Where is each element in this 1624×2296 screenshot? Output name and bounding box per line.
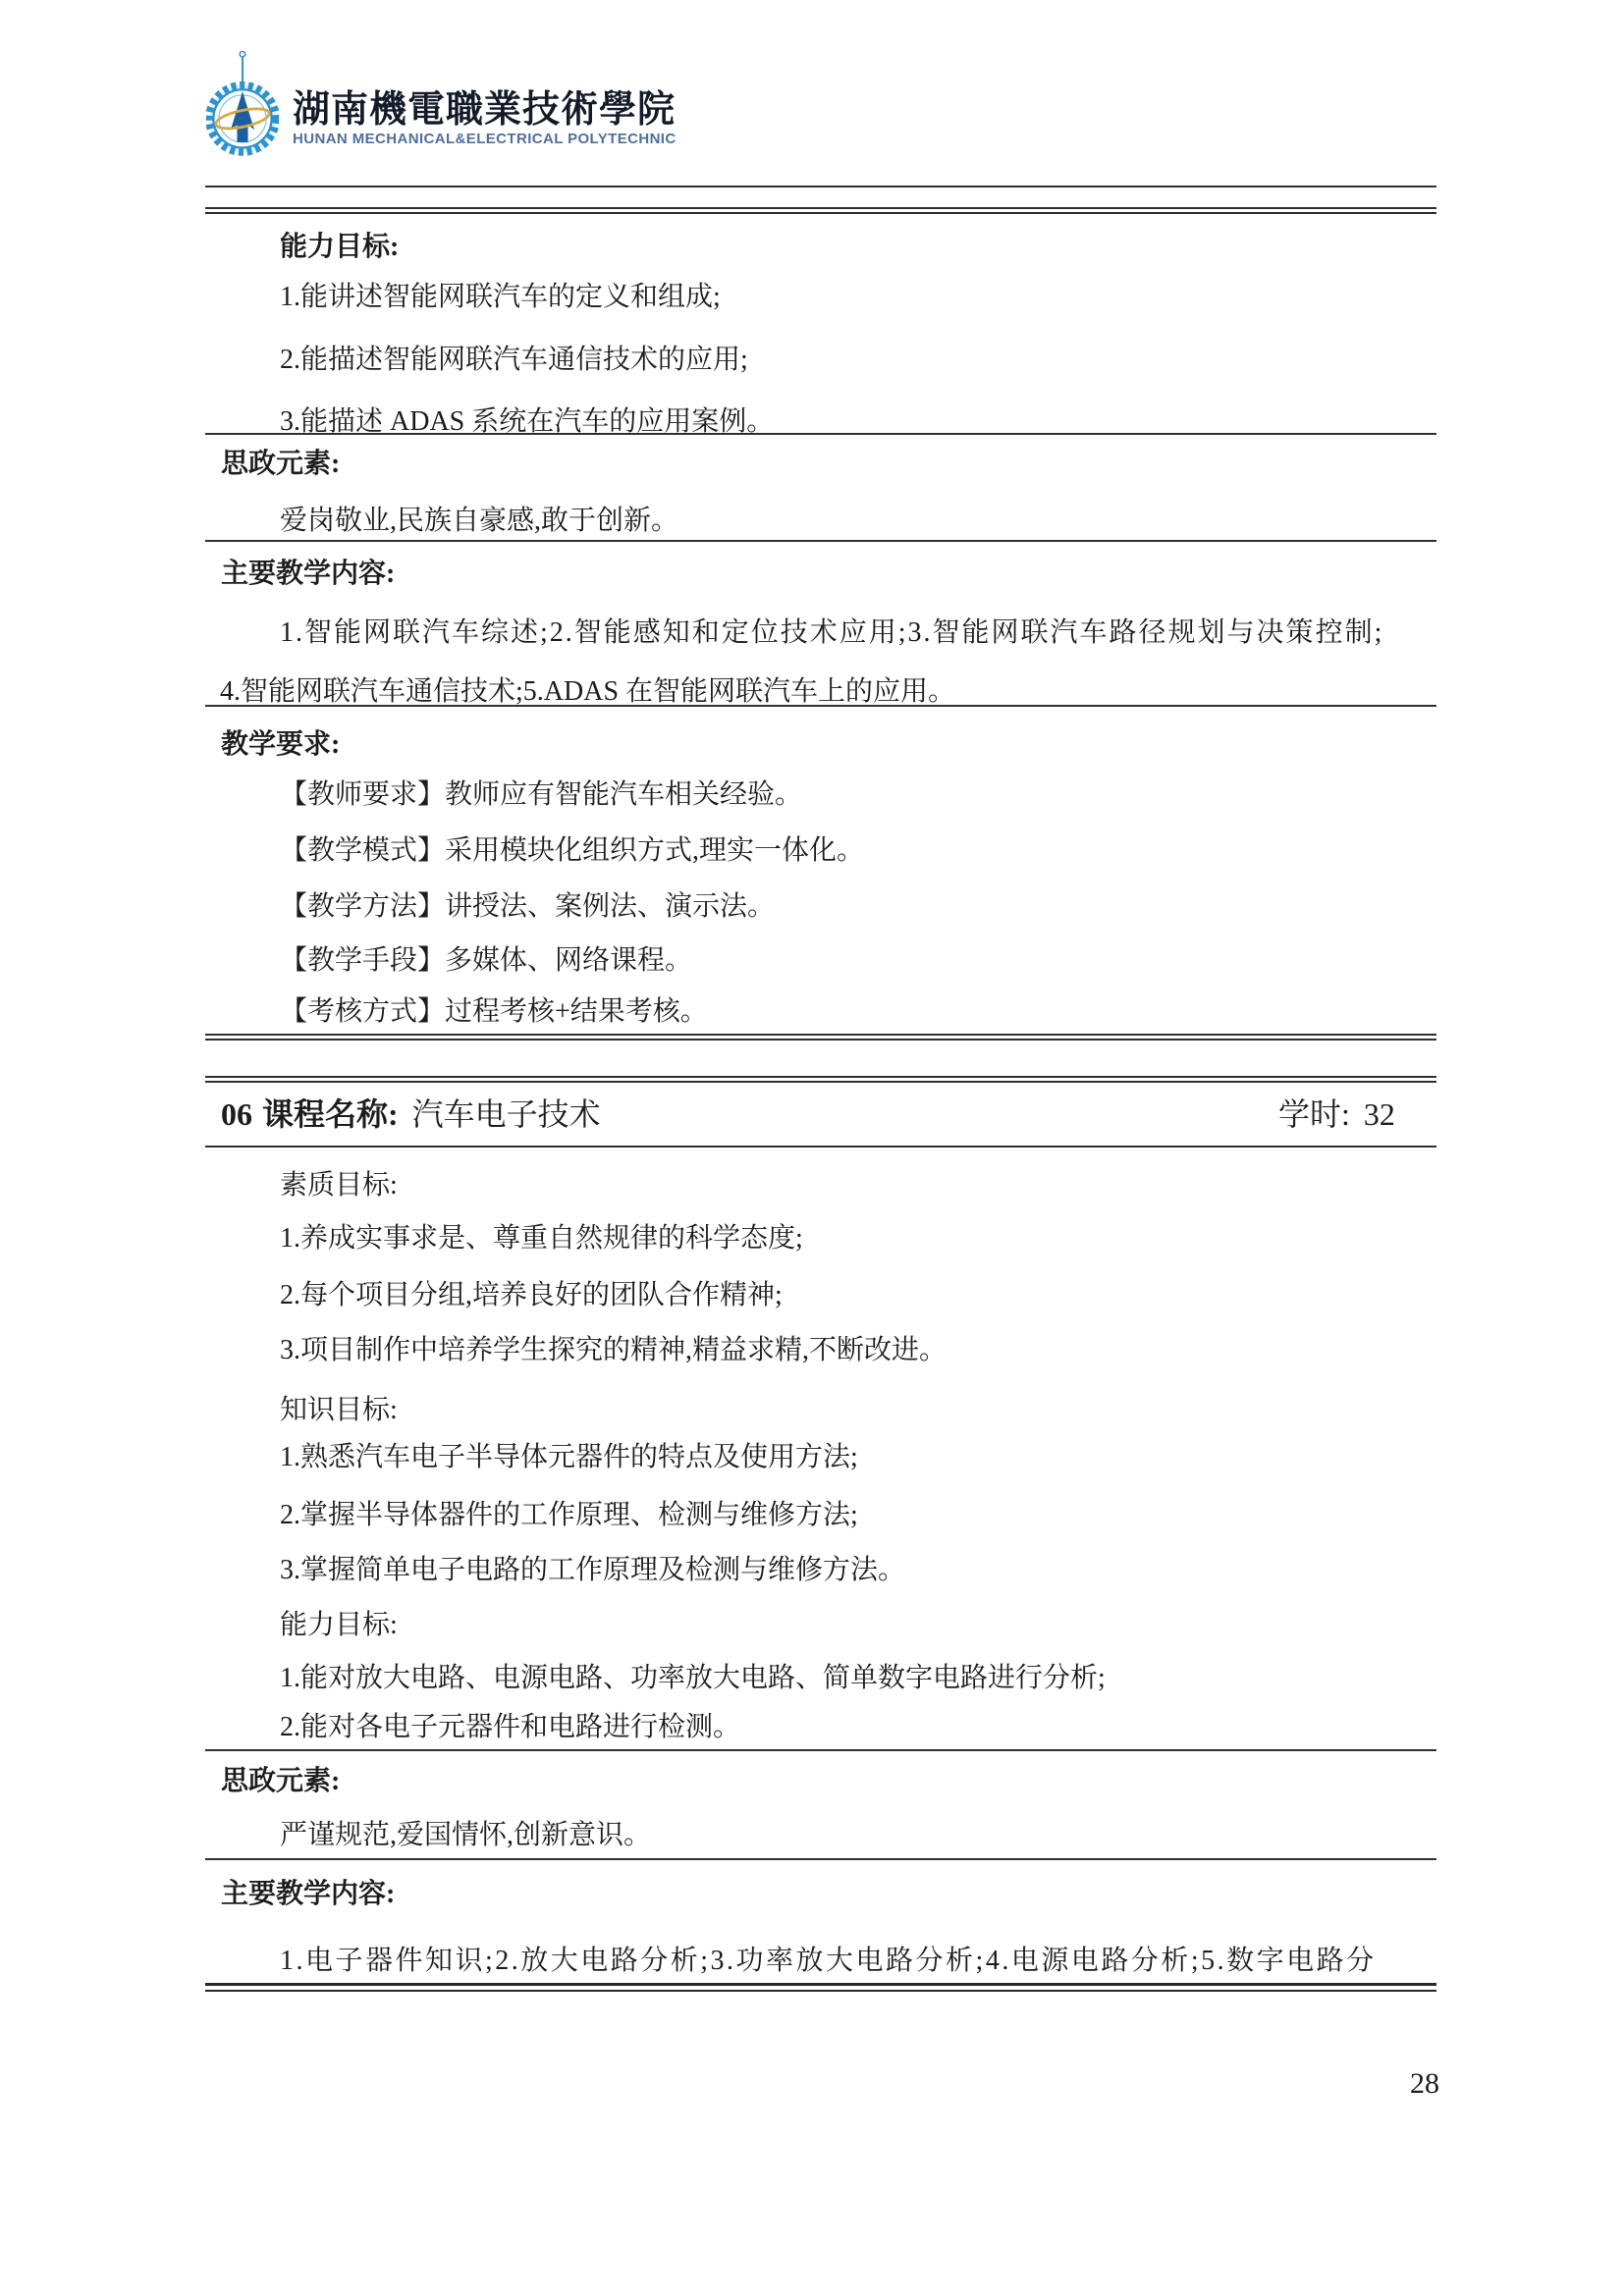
course05-requirement-teacher: 【教师要求】教师应有智能汽车相关经验。	[280, 777, 802, 813]
course06-title-row: 06课程名称:汽车电子技术	[221, 1094, 601, 1135]
course05-requirement-method: 【教学方法】讲授法、案例法、演示法。	[280, 889, 775, 925]
table-top-border	[205, 207, 1436, 214]
course06-knowledge-item-3: 3.掌握简单电子电路的工作原理及检测与维修方法。	[280, 1553, 905, 1588]
school-emblem-icon	[206, 45, 279, 165]
page-number: 28	[1410, 2067, 1439, 2101]
course06-table-top-border	[205, 1076, 1436, 1083]
row-divider-3	[205, 705, 1436, 707]
course05-requirement-means: 【教学手段】多媒体、网络课程。	[280, 943, 692, 979]
course05-content-label: 主要教学内容:	[221, 557, 395, 592]
page-bottom-border	[205, 1983, 1436, 1992]
course06-hours-value: 32	[1364, 1096, 1395, 1132]
row-divider-2	[205, 540, 1436, 542]
course05-ability-item-2: 2.能描述智能网联汽车通信技术的应用;	[280, 343, 748, 378]
course05-content-line-1: 1.智能网联汽车综述;2.智能感知和定位技术应用;3.智能网联汽车路径规划与决策…	[280, 615, 1383, 651]
course06-knowledge-label: 知识目标:	[280, 1393, 398, 1428]
course06-quality-item-1: 1.养成实事求是、尊重自然规律的科学态度;	[280, 1221, 803, 1256]
course06-ability-label: 能力目标:	[280, 1608, 398, 1643]
course06-name-label: 课程名称:	[262, 1096, 399, 1132]
course06-knowledge-item-2: 2.掌握半导体器件的工作原理、检测与维修方法;	[280, 1498, 858, 1533]
course06-hours-label: 学时:	[1278, 1096, 1350, 1132]
course05-requirement-mode: 【教学模式】采用模块化组织方式,理实一体化。	[280, 833, 864, 869]
course06-ideology-text: 严谨规范,爱国情怀,创新意识。	[280, 1818, 651, 1853]
document-page: 湖南機電職業技術學院 HUNAN MECHANICAL&ELECTRICAL P…	[0, 0, 1624, 2296]
school-name-chinese: 湖南機電職業技術學院	[293, 79, 676, 133]
header-rule	[205, 186, 1436, 187]
row-divider-5	[205, 1858, 1436, 1860]
school-name-english: HUNAN MECHANICAL&ELECTRICAL POLYTECHNIC	[293, 131, 677, 147]
course06-name: 汽车电子技术	[412, 1096, 601, 1132]
course06-number: 06	[221, 1096, 252, 1132]
course06-quality-label: 素质目标:	[280, 1168, 398, 1203]
course05-ability-label: 能力目标:	[280, 230, 399, 265]
course06-ideology-label: 思政元素:	[221, 1764, 340, 1799]
course06-hours: 学时:32	[1278, 1094, 1395, 1135]
course06-ability-item-1: 1.能对放大电路、电源电路、功率放大电路、简单数字电路进行分析;	[280, 1661, 1106, 1696]
course05-requirements-label: 教学要求:	[221, 727, 340, 763]
course06-quality-item-3: 3.项目制作中培养学生探究的精神,精益求精,不断改进。	[280, 1333, 947, 1368]
course06-content-label: 主要教学内容:	[221, 1877, 395, 1912]
course05-table-bottom-border	[205, 1034, 1436, 1041]
course06-quality-item-2: 2.每个项目分组,培养良好的团队合作精神;	[280, 1278, 783, 1313]
course06-content-line: 1.电子器件知识;2.放大电路分析;3.功率放大电路分析;4.电源电路分析;5.…	[280, 1944, 1377, 1979]
row-divider-1	[205, 433, 1436, 435]
course05-requirement-assessment: 【考核方式】过程考核+结果考核。	[280, 994, 708, 1030]
course06-ability-item-2: 2.能对各电子元器件和电路进行检测。	[280, 1710, 740, 1745]
row-divider-4	[205, 1749, 1436, 1751]
course06-header-divider	[205, 1146, 1436, 1148]
course05-ideology-text: 爱岗敬业,民族自豪感,敢于创新。	[280, 504, 678, 539]
course05-ability-item-1: 1.能讲述智能网联汽车的定义和组成;	[280, 280, 721, 315]
course06-knowledge-item-1: 1.熟悉汽车电子半导体元器件的特点及使用方法;	[280, 1440, 858, 1475]
course05-ideology-label: 思政元素:	[221, 447, 340, 482]
